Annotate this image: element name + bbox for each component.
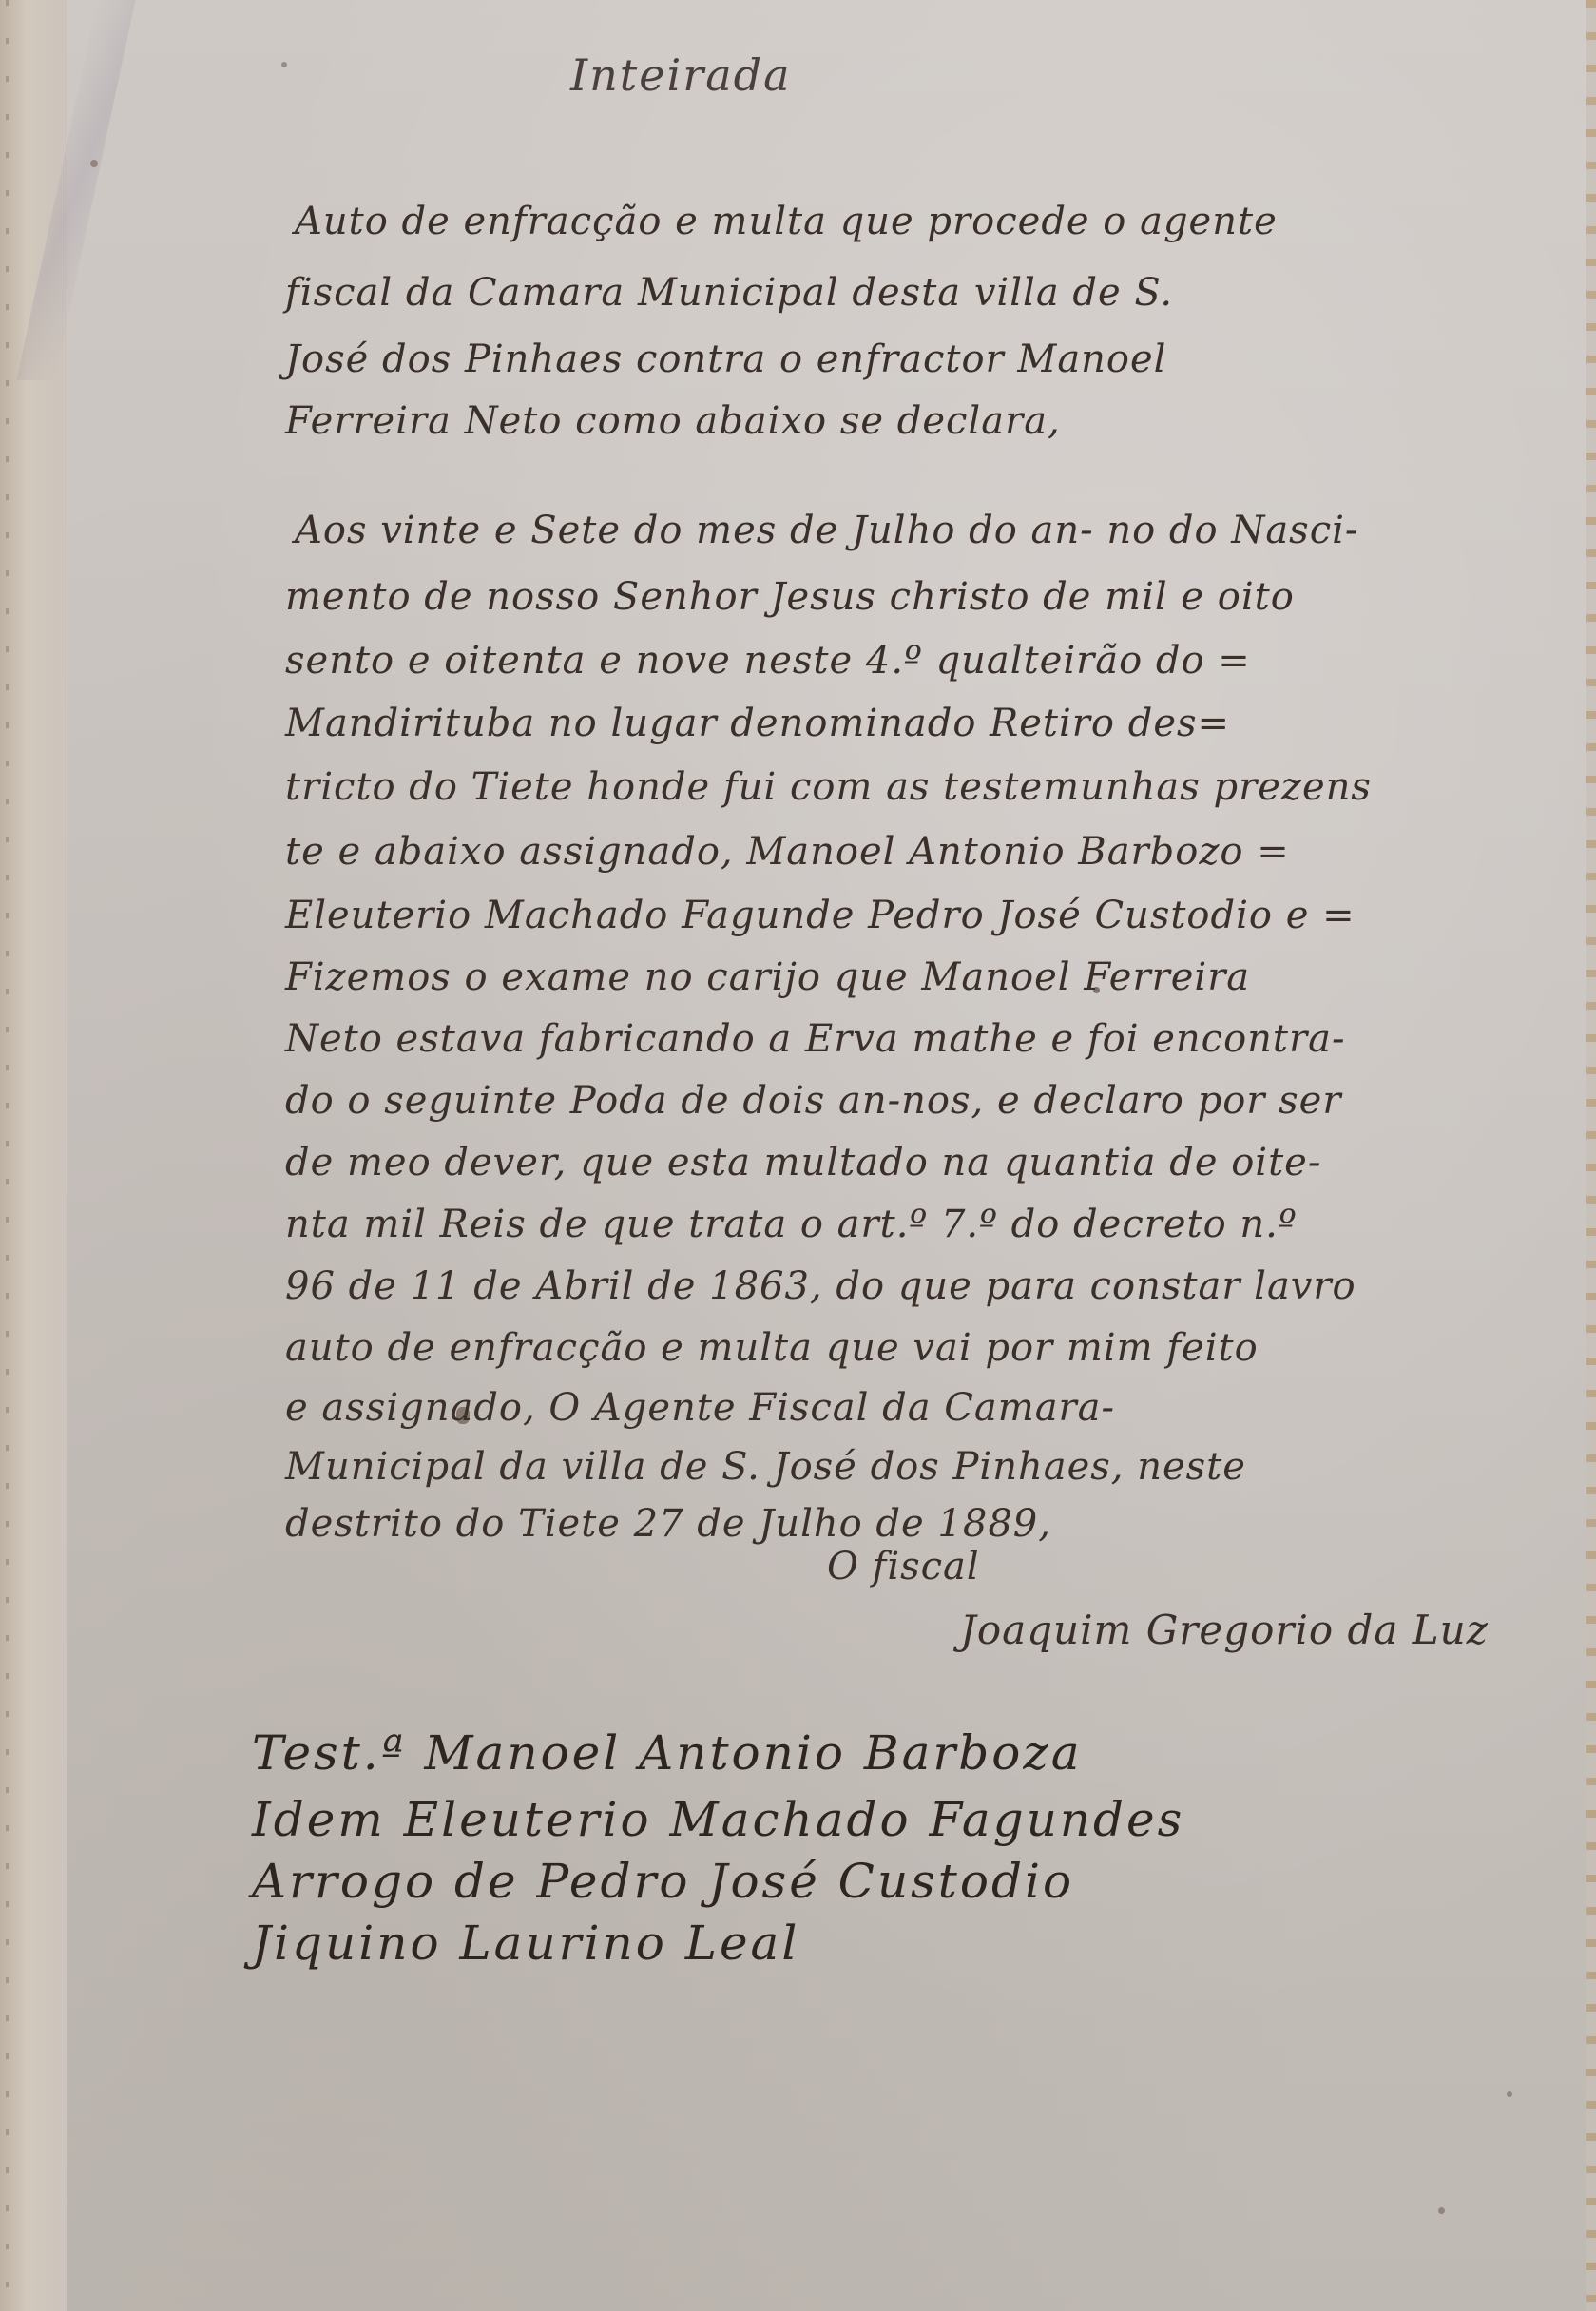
body-line: tricto do Tiete honde fui com as testemu… [285,765,1372,809]
witness-line: Idem Eleuterio Machado Fagundes [252,1792,1184,1847]
body-line: destrito do Tiete 27 de Julho de 1889, [285,1502,1051,1546]
body-line: do o seguinte Poda de dois an-nos, e dec… [285,1079,1341,1123]
body-line: Eleuterio Machado Fagunde Pedro José Cus… [285,894,1356,937]
body-line: nta mil Reis de que trata o art.º 7.º do… [285,1203,1298,1246]
body-line: 96 de 11 de Abril de 1863, do que para c… [285,1264,1356,1308]
body-line: e assignado, O Agente Fiscal da Camara- [285,1386,1115,1430]
witness-line: Arrogo de Pedro José Custodio [252,1854,1074,1909]
body-line: Neto estava fabricando a Erva mathe e fo… [285,1017,1345,1061]
body-line: Aos vinte e Sete do mes de Julho do an- … [295,509,1358,552]
preamble-line: Ferreira Neto como abaixo se declara, [285,399,1061,443]
foxing-spot [1438,2207,1445,2214]
stained-right-edge [1586,0,1596,2311]
body-line: Fizemos o exame no carijo que Manoel Fer… [285,955,1250,999]
body-line: Municipal da villa de S. José dos Pinhae… [285,1445,1246,1489]
preamble-line: Auto de enfracção e multa que procede o … [295,200,1278,243]
body-line: Mandirituba no lugar denominado Retiro d… [285,702,1230,745]
witness-line: Jiquino Laurino Leal [252,1916,799,1971]
preamble-line: José dos Pinhaes contra o enfractor Mano… [285,337,1166,381]
foxing-spot [90,160,98,167]
signature-name: Joaquim Gregorio da Luz [960,1607,1489,1653]
document-heading: Inteirada [570,49,792,101]
witness-line: Test.ª Manoel Antonio Barboza [252,1725,1083,1781]
foxing-spot [281,62,287,67]
document-paper: Inteirada Auto de enfracção e multa que … [0,0,1596,2311]
body-line: te e abaixo assignado, Manoel Antonio Ba… [285,830,1290,874]
signature-title: O fiscal [827,1545,980,1589]
body-line: de meo dever, que esta multado na quanti… [285,1141,1321,1184]
body-line: auto de enfracção e multa que vai por mi… [285,1326,1259,1370]
body-line: sento e oitenta e nove neste 4.º qualtei… [285,639,1251,683]
foxing-spot [1507,2091,1512,2097]
body-line: mento de nosso Senhor Jesus christo de m… [285,575,1295,619]
preamble-line: fiscal da Camara Municipal desta villa d… [285,271,1173,315]
